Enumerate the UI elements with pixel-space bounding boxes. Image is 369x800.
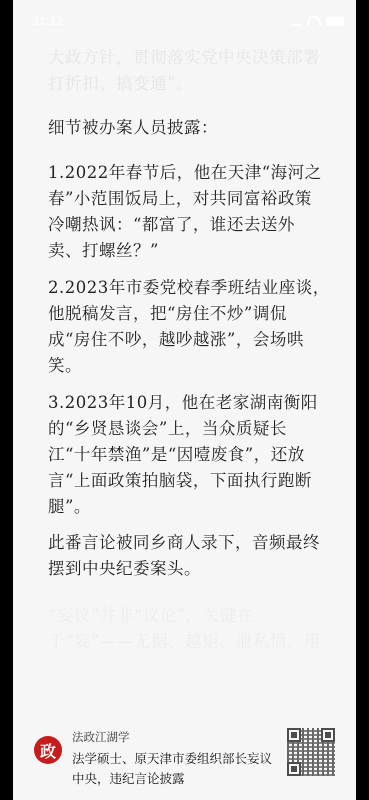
qr-finder bbox=[287, 762, 301, 776]
text-line: 摆到中央纪委案头。 bbox=[48, 556, 338, 582]
paragraph-conclusion: 此番言论被同乡商人录下，音频最终 摆到中央纪委案头。 bbox=[48, 530, 338, 582]
text-line: 1.2022年春节后，他在天津“海河之 bbox=[48, 160, 338, 186]
title-line: 法学硕士、原天津市委组织部长妄议 bbox=[72, 749, 287, 769]
text-line: 此番言论被同乡商人录下，音频最终 bbox=[48, 530, 338, 556]
article-title: 法学硕士、原天津市委组织部长妄议 中央，违纪言论披露 bbox=[72, 749, 287, 789]
text-line: 冷嘲热讽：“都富了，谁还去送外 bbox=[48, 212, 338, 238]
paragraph-item-3: 3.2023年10月，他在老家湖南衡阳 的“乡贤恳谈会”上，当众质疑长 江“十年… bbox=[48, 390, 338, 520]
status-icons bbox=[292, 16, 344, 26]
title-line: 中央，违纪言论披露 bbox=[72, 769, 287, 789]
text-line: 于“妄”——无据、越矩、泄私愤、用 bbox=[48, 629, 338, 655]
account-avatar: 政 bbox=[34, 736, 62, 764]
account-name: 法政江湖学 bbox=[72, 729, 130, 745]
phone-screen: 11:12 大政方针，贯彻落实党中央决策部署 打折扣、搞变通”。 细节被办案人员… bbox=[13, 0, 356, 800]
text-line: 大政方针，贯彻落实党中央决策部署 bbox=[48, 45, 338, 71]
wifi-icon bbox=[307, 16, 321, 26]
status-bar: 11:12 bbox=[13, 0, 356, 36]
text-line: 成“房住不吵，越吵越涨”，会场哄 bbox=[48, 327, 338, 353]
share-card-footer: 政 法政江湖学 法学硕士、原天津市委组织部长妄议 中央，违纪言论披露 bbox=[13, 712, 356, 800]
text-line: 2.2023年市委党校春季班结业座谈， bbox=[48, 275, 338, 301]
text-line: 细节被办案人员披露： bbox=[48, 115, 338, 141]
text-line: 江“十年禁渔”是“因噎废食”，还放 bbox=[48, 442, 338, 468]
text-line: “妄议”并非“议论”，关键在 bbox=[48, 603, 338, 629]
faded-paragraph-top: 大政方针，贯彻落实党中央决策部署 打折扣、搞变通”。 bbox=[48, 45, 338, 97]
paragraph-intro: 细节被办案人员披露： bbox=[48, 115, 338, 141]
status-time: 11:12 bbox=[33, 14, 63, 28]
text-line: 腿”。 bbox=[48, 494, 338, 520]
text-line: 卖、打螺丝？” bbox=[48, 238, 338, 264]
battery-icon bbox=[326, 17, 344, 26]
paragraph-item-1: 1.2022年春节后，他在天津“海河之 春”小范围饭局上，对共同富裕政策 冷嘲热… bbox=[48, 160, 338, 264]
text-line: 的“乡贤恳谈会”上，当众质疑长 bbox=[48, 416, 338, 442]
paragraph-item-2: 2.2023年市委党校春季班结业座谈， 他脱稿发言，把“房住不炒”调侃 成“房住… bbox=[48, 275, 338, 379]
qr-finder bbox=[321, 728, 335, 742]
qr-code-icon[interactable] bbox=[287, 728, 335, 776]
text-line: 3.2023年10月，他在老家湖南衡阳 bbox=[48, 390, 338, 416]
text-line: 他脱稿发言，把“房住不炒”调侃 bbox=[48, 301, 338, 327]
text-line: 打折扣、搞变通”。 bbox=[48, 71, 338, 97]
text-line: 春”小范围饭局上，对共同富裕政策 bbox=[48, 186, 338, 212]
signal-icon bbox=[292, 16, 302, 26]
avatar-char: 政 bbox=[40, 739, 56, 762]
text-line: 言“上面政策拍脑袋，下面执行跑断 bbox=[48, 468, 338, 494]
text-line: 笑。 bbox=[48, 353, 338, 379]
faded-paragraph-bottom: “妄议”并非“议论”，关键在 于“妄”——无据、越矩、泄私愤、用 bbox=[48, 603, 338, 655]
qr-finder bbox=[287, 728, 301, 742]
